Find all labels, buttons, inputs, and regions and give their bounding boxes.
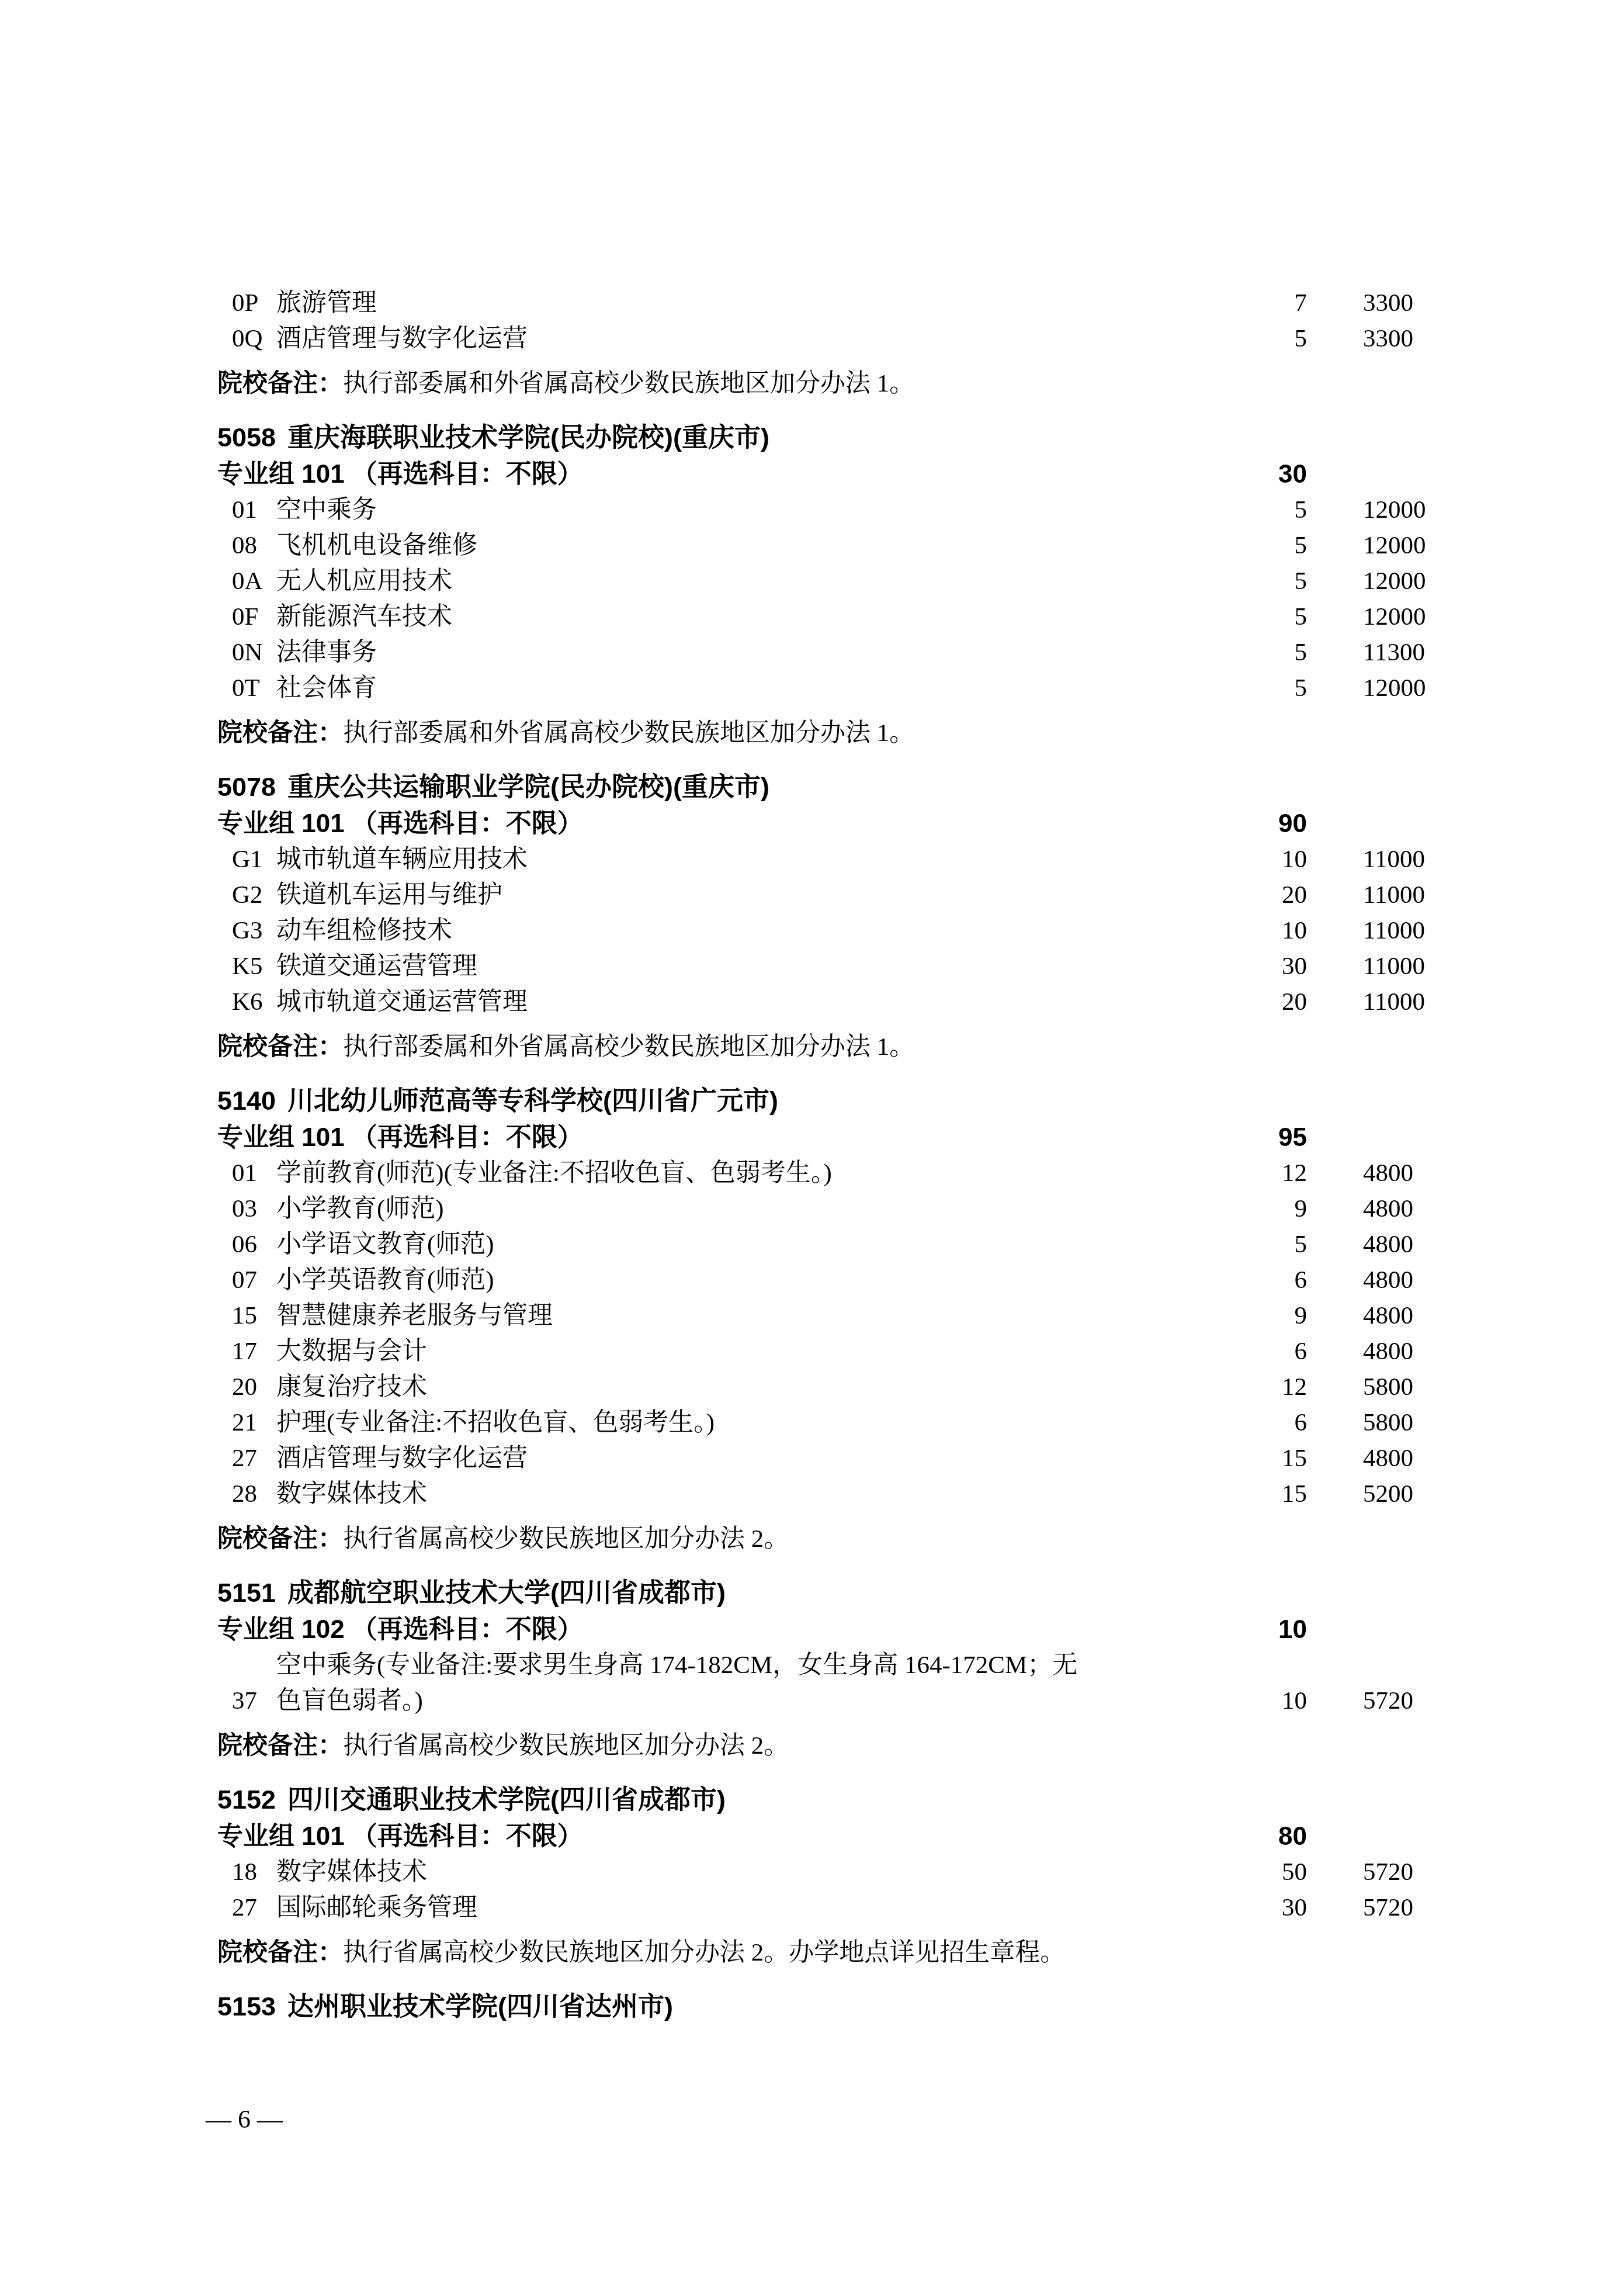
program-fee: 11300 xyxy=(1363,635,1434,670)
program-quota: 5 xyxy=(1237,670,1307,706)
program-row: 18数字媒体技术505720 xyxy=(217,1854,1434,1890)
program-code: K6 xyxy=(232,984,276,1020)
program-quota: 20 xyxy=(1237,984,1307,1020)
program-quota: 30 xyxy=(1237,948,1307,984)
program-fee: 4800 xyxy=(1363,1440,1434,1476)
program-name: 小学语文教育(师范) xyxy=(276,1227,1237,1262)
program-quota: 6 xyxy=(1237,1334,1307,1369)
major-group-quota: 90 xyxy=(1237,806,1307,841)
program-quota: 12 xyxy=(1237,1369,1307,1405)
program-row: 01学前教育(师范)(专业备注:不招收色盲、色弱考生。)124800 xyxy=(217,1155,1434,1191)
program-code: 01 xyxy=(232,1155,276,1191)
program-code: 0A xyxy=(232,563,276,599)
program-fee: 11000 xyxy=(1363,877,1434,913)
program-name: 旅游管理 xyxy=(276,285,1237,321)
program-name: 智慧健康养老服务与管理 xyxy=(276,1298,1237,1334)
program-fee: 11000 xyxy=(1363,841,1434,877)
program-name: 国际邮轮乘务管理 xyxy=(276,1890,1237,1926)
program-fee: 11000 xyxy=(1363,913,1434,948)
program-row: 0Q酒店管理与数字化运营53300 xyxy=(217,321,1434,356)
school-name: 重庆海联职业技术学院(民办院校)(重庆市) xyxy=(287,423,769,452)
program-row: 28数字媒体技术155200 xyxy=(217,1476,1434,1512)
program-code: 27 xyxy=(232,1890,276,1926)
remark-label: 院校备注： xyxy=(217,719,343,747)
page-number: — 6 — xyxy=(206,2101,283,2137)
program-quota: 5 xyxy=(1237,528,1307,563)
program-name: 护理(专业备注:不招收色盲、色弱考生。) xyxy=(276,1405,1237,1440)
program-quota: 5 xyxy=(1237,321,1307,356)
program-name: 空中乘务 xyxy=(276,492,1237,528)
program-name: 康复治疗技术 xyxy=(276,1369,1237,1405)
program-code: 03 xyxy=(232,1191,276,1227)
program-fee: 12000 xyxy=(1363,563,1434,599)
school-name: 四川交通职业技术学院(四川省成都市) xyxy=(287,1785,726,1814)
program-row: 08飞机机电设备维修512000 xyxy=(217,528,1434,563)
school-remark-row: 院校备注：执行省属高校少数民族地区加分办法 2。 xyxy=(217,1521,1434,1557)
school-remark-row: 院校备注：执行部委属和外省属高校少数民族地区加分办法 1。 xyxy=(217,1029,1434,1065)
school-code: 5152 xyxy=(217,1785,276,1814)
school-header-row: 5151成都航空职业技术大学(四川省成都市) xyxy=(217,1574,1434,1612)
program-name: 无人机应用技术 xyxy=(276,563,1237,599)
program-fee: 5720 xyxy=(1363,1854,1434,1890)
program-name: 铁道机车运用与维护 xyxy=(276,877,1237,913)
program-fee: 11000 xyxy=(1363,948,1434,984)
major-group-quota: 10 xyxy=(1237,1612,1307,1647)
school-code: 5151 xyxy=(217,1578,276,1608)
program-quota: 15 xyxy=(1237,1476,1307,1512)
program-quota: 12 xyxy=(1237,1155,1307,1191)
program-name: 新能源汽车技术 xyxy=(276,599,1237,635)
program-fee: 5720 xyxy=(1363,1683,1434,1719)
admission-plan-list: 0P旅游管理733000Q酒店管理与数字化运营53300院校备注：执行部委属和外… xyxy=(217,285,1434,2025)
program-row: 07小学英语教育(师范)64800 xyxy=(217,1262,1434,1298)
program-quota: 5 xyxy=(1237,599,1307,635)
program-code: 0N xyxy=(232,635,276,670)
program-code: 08 xyxy=(232,528,276,563)
major-group-label: 专业组 101 （再选科目：不限） xyxy=(217,806,1237,841)
school-remark-row: 院校备注：执行省属高校少数民族地区加分办法 2。 xyxy=(217,1728,1434,1764)
remark-label: 院校备注： xyxy=(217,1525,343,1553)
program-row: 0T社会体育512000 xyxy=(217,670,1434,706)
school-name: 川北幼儿师范高等专科学校(四川省广元市) xyxy=(287,1086,778,1116)
program-name: 飞机机电设备维修 xyxy=(276,528,1237,563)
program-quota: 5 xyxy=(1237,1227,1307,1262)
program-row: G2铁道机车运用与维护2011000 xyxy=(217,877,1434,913)
major-group-row: 专业组 101 （再选科目：不限）80 xyxy=(217,1819,1434,1854)
program-fee: 11000 xyxy=(1363,984,1434,1020)
school-remark-row: 院校备注：执行部委属和外省属高校少数民族地区加分办法 1。 xyxy=(217,366,1434,401)
major-group-label: 专业组 101 （再选科目：不限） xyxy=(217,1120,1237,1155)
program-row: 0F新能源汽车技术512000 xyxy=(217,599,1434,635)
program-code: 37 xyxy=(232,1683,276,1719)
program-name: 城市轨道车辆应用技术 xyxy=(276,841,1237,877)
program-row: 17大数据与会计64800 xyxy=(217,1334,1434,1369)
program-quota: 5 xyxy=(1237,492,1307,528)
program-name: 小学英语教育(师范) xyxy=(276,1262,1237,1298)
major-group-label: 专业组 101 （再选科目：不限） xyxy=(217,456,1237,492)
program-fee: 4800 xyxy=(1363,1298,1434,1334)
school-name: 达州职业技术学院(四川省达州市) xyxy=(287,1992,673,2021)
remark-text: 执行省属高校少数民族地区加分办法 2。办学地点详见招生章程。 xyxy=(343,1939,1065,1966)
school-header-row: 5153达州职业技术学院(四川省达州市) xyxy=(217,1988,1434,2025)
program-code: 07 xyxy=(232,1262,276,1298)
program-row: 0P旅游管理73300 xyxy=(217,285,1434,321)
program-fee: 12000 xyxy=(1363,670,1434,706)
program-quota: 6 xyxy=(1237,1262,1307,1298)
program-code: 18 xyxy=(232,1854,276,1890)
school-header-row: 5058重庆海联职业技术学院(民办院校)(重庆市) xyxy=(217,419,1434,456)
program-fee: 4800 xyxy=(1363,1191,1434,1227)
school-code: 5078 xyxy=(217,772,276,802)
program-fee: 3300 xyxy=(1363,321,1434,356)
program-row: 15智慧健康养老服务与管理94800 xyxy=(217,1298,1434,1334)
document-page: 0P旅游管理733000Q酒店管理与数字化运营53300院校备注：执行部委属和外… xyxy=(0,0,1623,2296)
program-row: 20康复治疗技术125800 xyxy=(217,1369,1434,1405)
program-row: 01空中乘务512000 xyxy=(217,492,1434,528)
program-name: 小学教育(师范) xyxy=(276,1191,1237,1227)
program-quota: 9 xyxy=(1237,1191,1307,1227)
remark-label: 院校备注： xyxy=(217,1033,343,1061)
program-quota: 10 xyxy=(1237,841,1307,877)
remark-label: 院校备注： xyxy=(217,369,343,397)
program-name: 社会体育 xyxy=(276,670,1237,706)
program-row: 37空中乘务(专业备注:要求男生身高 174-182CM，女生身高 164-17… xyxy=(217,1647,1434,1719)
school-header-row: 5078重庆公共运输职业学院(民办院校)(重庆市) xyxy=(217,768,1434,806)
program-quota: 9 xyxy=(1237,1298,1307,1334)
program-fee: 4800 xyxy=(1363,1334,1434,1369)
program-quota: 20 xyxy=(1237,877,1307,913)
program-row: 27国际邮轮乘务管理305720 xyxy=(217,1890,1434,1926)
remark-text: 执行省属高校少数民族地区加分办法 2。 xyxy=(343,1732,789,1760)
program-fee: 3300 xyxy=(1363,285,1434,321)
program-code: G1 xyxy=(232,841,276,877)
program-quota: 5 xyxy=(1237,635,1307,670)
program-name: 铁道交通运营管理 xyxy=(276,948,1237,984)
program-name: 大数据与会计 xyxy=(276,1334,1237,1369)
program-code: 01 xyxy=(232,492,276,528)
program-fee: 5720 xyxy=(1363,1890,1434,1926)
program-name: 酒店管理与数字化运营 xyxy=(276,1440,1237,1476)
program-row: 0N法律事务511300 xyxy=(217,635,1434,670)
program-row: 27酒店管理与数字化运营154800 xyxy=(217,1440,1434,1476)
program-code: 06 xyxy=(232,1227,276,1262)
program-code: 0F xyxy=(232,599,276,635)
program-row: G3动车组检修技术1011000 xyxy=(217,913,1434,948)
program-fee: 5800 xyxy=(1363,1405,1434,1440)
remark-text: 执行部委属和外省属高校少数民族地区加分办法 1。 xyxy=(343,370,914,397)
remark-text: 执行部委属和外省属高校少数民族地区加分办法 1。 xyxy=(343,1033,914,1061)
school-remark-row: 院校备注：执行部委属和外省属高校少数民族地区加分办法 1。 xyxy=(217,715,1434,751)
major-group-row: 专业组 101 （再选科目：不限）30 xyxy=(217,456,1434,492)
school-code: 5140 xyxy=(217,1086,276,1116)
major-group-row: 专业组 102 （再选科目：不限）10 xyxy=(217,1612,1434,1647)
major-group-row: 专业组 101 （再选科目：不限）90 xyxy=(217,806,1434,841)
program-fee: 5800 xyxy=(1363,1369,1434,1405)
school-remark-row: 院校备注：执行省属高校少数民族地区加分办法 2。办学地点详见招生章程。 xyxy=(217,1935,1434,1971)
program-row: K5铁道交通运营管理3011000 xyxy=(217,948,1434,984)
program-quota: 6 xyxy=(1237,1405,1307,1440)
program-row: K6城市轨道交通运营管理2011000 xyxy=(217,984,1434,1020)
program-code: 21 xyxy=(232,1405,276,1440)
program-name: 法律事务 xyxy=(276,635,1237,670)
major-group-quota: 95 xyxy=(1237,1120,1307,1155)
program-row: 06小学语文教育(师范)54800 xyxy=(217,1227,1434,1262)
program-quota: 5 xyxy=(1237,563,1307,599)
program-name: 空中乘务(专业备注:要求男生身高 174-182CM，女生身高 164-172C… xyxy=(276,1647,1237,1719)
program-row: 0A无人机应用技术512000 xyxy=(217,563,1434,599)
program-code: G2 xyxy=(232,877,276,913)
remark-text: 执行部委属和外省属高校少数民族地区加分办法 1。 xyxy=(343,719,914,747)
school-code: 5153 xyxy=(217,1992,276,2021)
program-name: 动车组检修技术 xyxy=(276,913,1237,948)
program-fee: 4800 xyxy=(1363,1155,1434,1191)
program-quota: 10 xyxy=(1237,913,1307,948)
program-quota: 30 xyxy=(1237,1890,1307,1926)
program-code: 27 xyxy=(232,1440,276,1476)
program-code: 0P xyxy=(232,285,276,321)
program-name: 学前教育(师范)(专业备注:不招收色盲、色弱考生。) xyxy=(276,1155,1237,1191)
program-fee: 12000 xyxy=(1363,528,1434,563)
major-group-quota: 80 xyxy=(1237,1819,1307,1854)
program-code: G3 xyxy=(232,913,276,948)
remark-label: 院校备注： xyxy=(217,1731,343,1760)
program-name: 数字媒体技术 xyxy=(276,1476,1237,1512)
program-code: 15 xyxy=(232,1298,276,1334)
program-fee: 4800 xyxy=(1363,1262,1434,1298)
program-row: 21护理(专业备注:不招收色盲、色弱考生。)65800 xyxy=(217,1405,1434,1440)
program-name: 酒店管理与数字化运营 xyxy=(276,321,1237,356)
program-code: K5 xyxy=(232,948,276,984)
program-quota: 10 xyxy=(1237,1683,1307,1719)
major-group-row: 专业组 101 （再选科目：不限）95 xyxy=(217,1120,1434,1155)
program-row: G1城市轨道车辆应用技术1011000 xyxy=(217,841,1434,877)
remark-text: 执行省属高校少数民族地区加分办法 2。 xyxy=(343,1525,789,1553)
school-name: 成都航空职业技术大学(四川省成都市) xyxy=(287,1578,726,1608)
school-code: 5058 xyxy=(217,423,276,452)
school-header-row: 5140川北幼儿师范高等专科学校(四川省广元市) xyxy=(217,1082,1434,1120)
program-fee: 12000 xyxy=(1363,599,1434,635)
program-code: 28 xyxy=(232,1476,276,1512)
program-code: 0Q xyxy=(232,321,276,356)
program-quota: 15 xyxy=(1237,1440,1307,1476)
major-group-quota: 30 xyxy=(1237,456,1307,492)
program-fee: 4800 xyxy=(1363,1227,1434,1262)
school-name: 重庆公共运输职业学院(民办院校)(重庆市) xyxy=(287,772,769,802)
program-row: 03小学教育(师范)94800 xyxy=(217,1191,1434,1227)
program-code: 20 xyxy=(232,1369,276,1405)
major-group-label: 专业组 102 （再选科目：不限） xyxy=(217,1612,1237,1647)
program-name: 数字媒体技术 xyxy=(276,1854,1237,1890)
program-code: 0T xyxy=(232,670,276,706)
program-quota: 7 xyxy=(1237,285,1307,321)
remark-label: 院校备注： xyxy=(217,1938,343,1966)
program-quota: 50 xyxy=(1237,1854,1307,1890)
program-code: 17 xyxy=(232,1334,276,1369)
program-fee: 5200 xyxy=(1363,1476,1434,1512)
program-name: 城市轨道交通运营管理 xyxy=(276,984,1237,1020)
school-header-row: 5152四川交通职业技术学院(四川省成都市) xyxy=(217,1781,1434,1819)
major-group-label: 专业组 101 （再选科目：不限） xyxy=(217,1819,1237,1854)
program-fee: 12000 xyxy=(1363,492,1434,528)
